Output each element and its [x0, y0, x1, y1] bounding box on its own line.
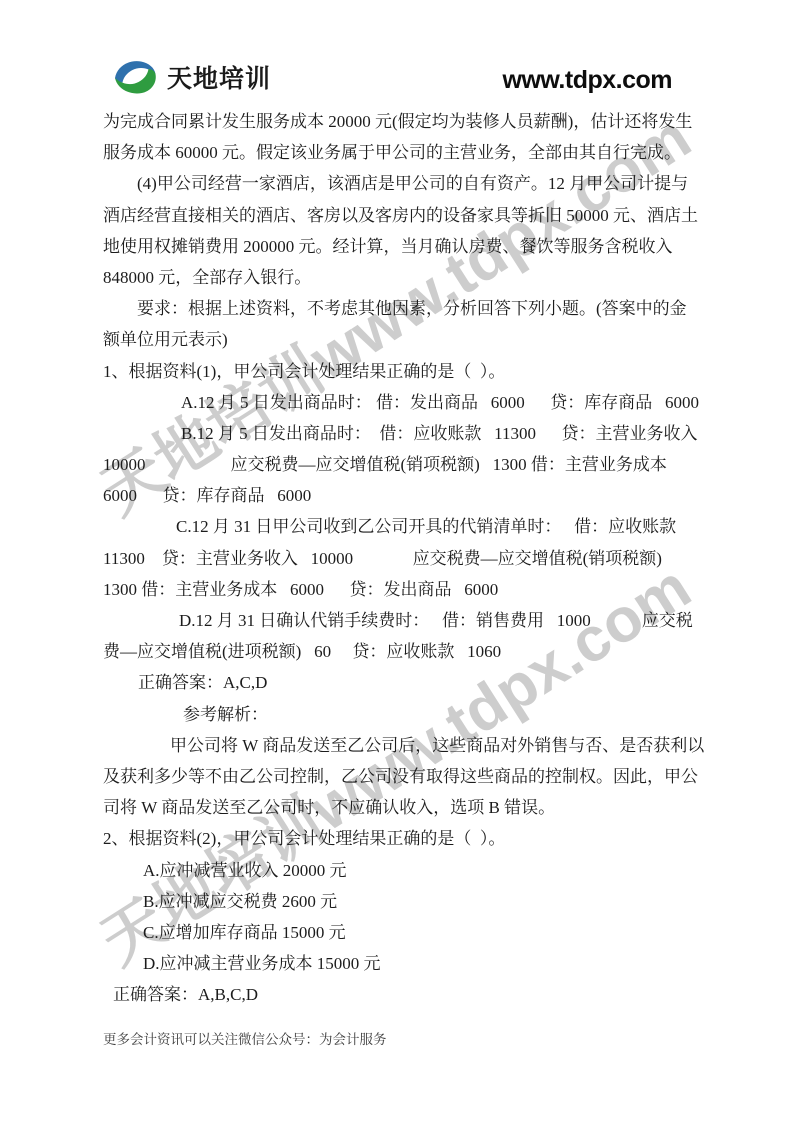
document-text-line: 服务成本 60000 元。假定该业务属于甲公司的主营业务，全部由其自行完成。	[103, 137, 688, 168]
document-text-line: 酒店经营直接相关的酒店、客房以及客房内的设备家具等折旧 50000 元、酒店土	[103, 200, 688, 231]
document-text-line: 要求：根据上述资料，不考虑其他因素，分析回答下列小题。(答案中的金	[103, 293, 688, 324]
document-text-line: 甲公司将 W 商品发送至乙公司后，这些商品对外销售与否、是否获利以	[103, 730, 688, 761]
page-header: 天地培训 www.tdpx.com	[112, 57, 672, 103]
brand-logo: 天地培训	[112, 57, 271, 97]
document-text-line: D.12 月 31 日确认代销手续费时： 借：销售费用 1000 应交税	[103, 605, 688, 636]
document-text-line: 正确答案：A,B,C,D	[103, 979, 688, 1010]
document-text-line: 1、根据资料(1)，甲公司会计处理结果正确的是（ ）。	[103, 356, 688, 387]
website-url: www.tdpx.com	[503, 66, 672, 95]
document-text-line: 费—应交增值税(进项税额) 60 贷：应收账款 1060	[103, 636, 688, 667]
document-text-line: 司将 W 商品发送至乙公司时，不应确认收入，选项 B 错误。	[103, 792, 688, 823]
document-text-line: (4)甲公司经营一家酒店，该酒店是甲公司的自有资产。12 月甲公司计提与	[103, 168, 688, 199]
document-text-line: A.应冲减营业收入 20000 元	[103, 855, 688, 886]
document-text-line: C.应增加库存商品 15000 元	[103, 917, 688, 948]
document-text-line: 848000 元，全部存入银行。	[103, 262, 688, 293]
document-text-line: 2、根据资料(2)，甲公司会计处理结果正确的是（ ）。	[103, 823, 688, 854]
document-text-line: 为完成合同累计发生服务成本 20000 元(假定均为装修人员薪酬)，估计还将发生	[103, 106, 688, 137]
brand-name: 天地培训	[167, 59, 271, 95]
document-text-line: 及获利多少等不由乙公司控制，乙公司没有取得这些商品的控制权。因此，甲公	[103, 761, 688, 792]
document-text-line: 参考解析：	[103, 699, 688, 730]
document-text-line: 额单位用元表示)	[103, 324, 688, 355]
document-text-line: 11300 贷：主营业务收入 10000 应交税费—应交增值税(销项税额)	[103, 543, 688, 574]
brand-logo-icon	[112, 57, 160, 97]
document-page: 天地培训www.tdpx.com 天地培训www.tdpx.com 天地培训 w…	[0, 0, 793, 1122]
document-text-line: 6000 贷：库存商品 6000	[103, 480, 688, 511]
document-text-line: D.应冲减主营业务成本 15000 元	[103, 948, 688, 979]
document-text-line: A.12 月 5 日发出商品时： 借：发出商品 6000 贷：库存商品 6000	[103, 387, 688, 418]
document-text-line: B.12 月 5 日发出商品时： 借：应收账款 11300 贷：主营业务收入	[103, 418, 688, 449]
document-text-line: 正确答案：A,C,D	[103, 667, 688, 698]
document-body: 为完成合同累计发生服务成本 20000 元(假定均为装修人员薪酬)，估计还将发生…	[103, 106, 688, 1010]
document-text-line: 地使用权摊销费用 200000 元。经计算，当月确认房费、餐饮等服务含税收入	[103, 231, 688, 262]
document-text-line: C.12 月 31 日甲公司收到乙公司开具的代销清单时： 借：应收账款	[103, 511, 688, 542]
document-text-line: 1300 借：主营业务成本 6000 贷：发出商品 6000	[103, 574, 688, 605]
footer-note: 更多会计资讯可以关注微信公众号：为会计服务	[103, 1028, 387, 1048]
document-text-line: 10000 应交税费—应交增值税(销项税额) 1300 借：主营业务成本	[103, 449, 688, 480]
document-text-line: B.应冲减应交税费 2600 元	[103, 886, 688, 917]
